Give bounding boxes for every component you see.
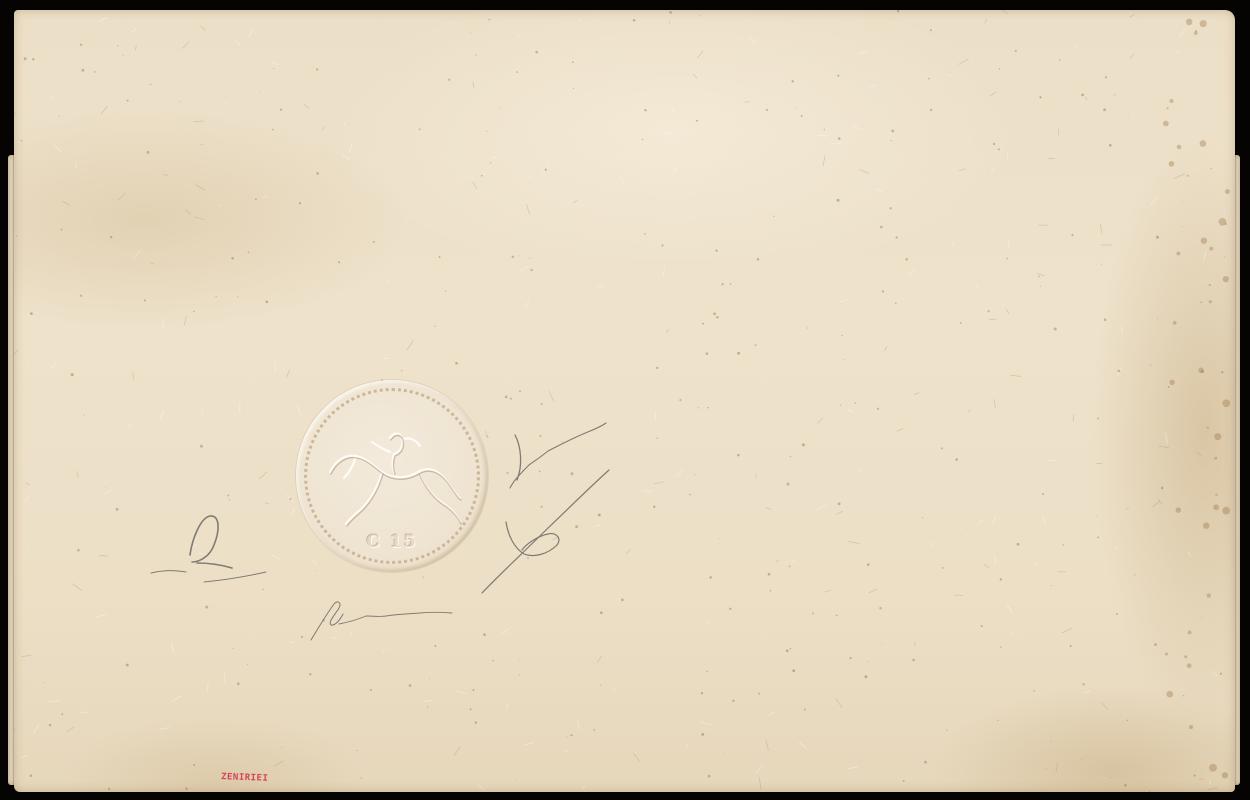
stamp-value: C 15 (296, 532, 488, 552)
pencil-annotations (14, 10, 1235, 792)
pencil-mark-left-icon (151, 516, 266, 582)
pencil-signature-icon (311, 602, 452, 640)
paper-fibers (14, 10, 1235, 792)
embossed-stamp: C 15 (296, 380, 488, 572)
pencil-mark-right-icon (482, 423, 609, 593)
envelope-paper: C 15 (14, 10, 1235, 792)
photo-stage: C 15 (0, 0, 1250, 800)
red-handstamp: ZENIRIEI (221, 772, 269, 784)
